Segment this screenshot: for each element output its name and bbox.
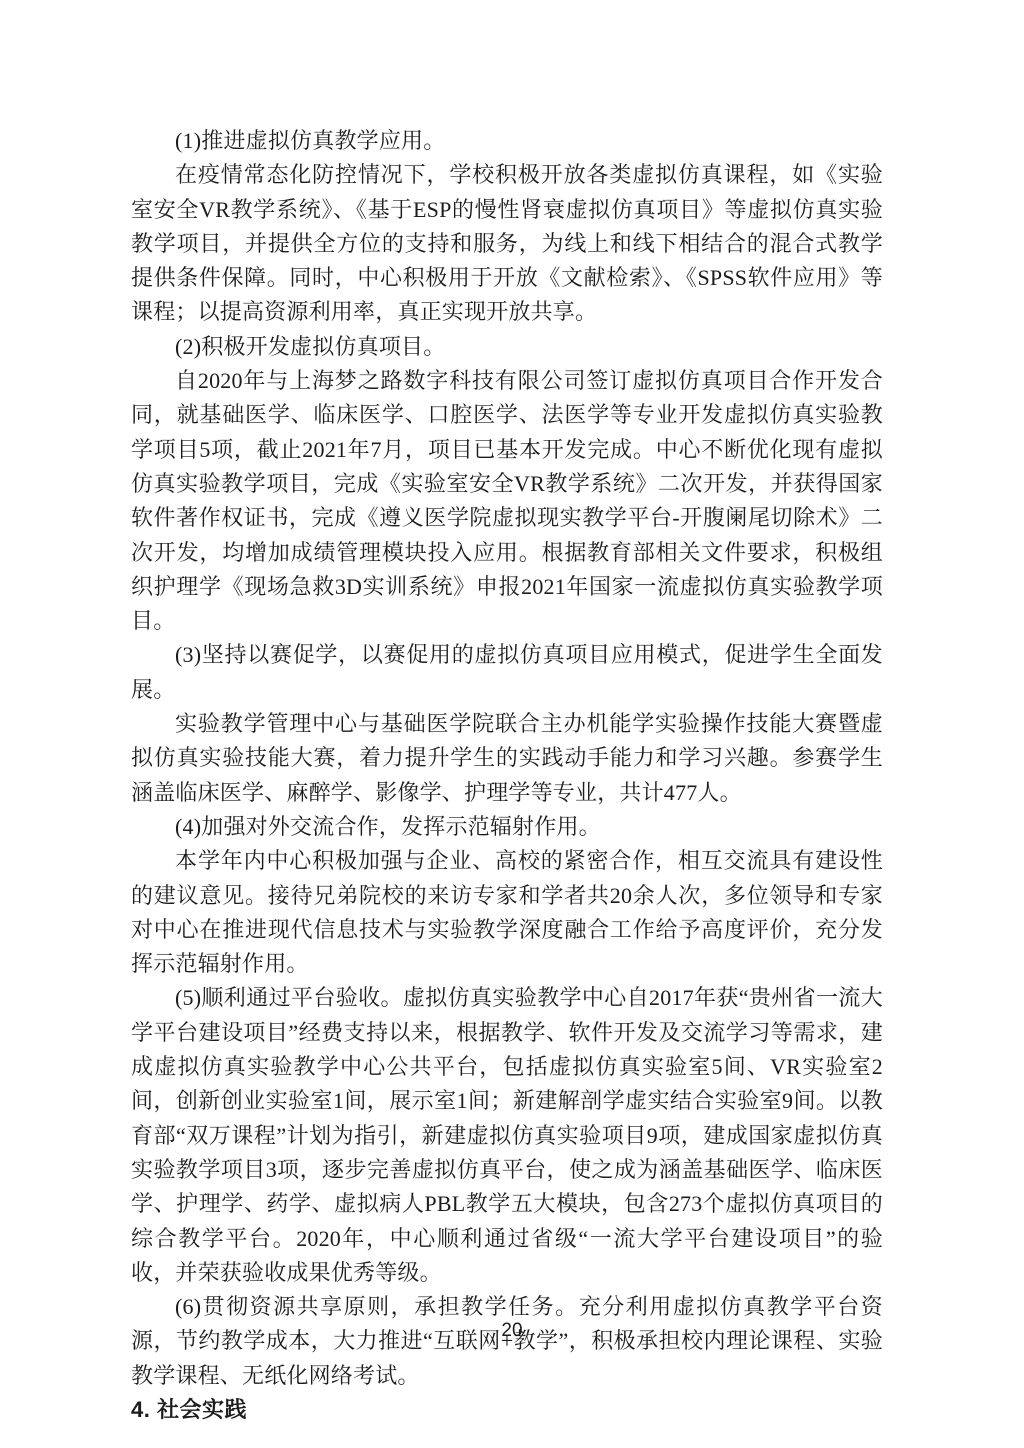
paragraph-item-4-body: 本学年内中心积极加强与企业、高校的紧密合作，相互交流具有建设性的建议意见。接待兄… (131, 844, 883, 981)
page-number: 20 (0, 1320, 1024, 1342)
paragraph-item-1-title: (1)推进虚拟仿真教学应用。 (131, 124, 883, 158)
document-page: (1)推进虚拟仿真教学应用。 在疫情常态化防控情况下，学校积极开放各类虚拟仿真课… (0, 0, 1024, 1448)
page-body-text: (1)推进虚拟仿真教学应用。 在疫情常态化防控情况下，学校积极开放各类虚拟仿真课… (131, 124, 883, 1427)
paragraph-item-1-body: 在疫情常态化防控情况下，学校积极开放各类虚拟仿真课程，如《实验室安全VR教学系统… (131, 158, 883, 329)
section-heading-social-practice: 4. 社会实践 (131, 1393, 883, 1427)
paragraph-item-4-title: (4)加强对外交流合作，发挥示范辐射作用。 (131, 810, 883, 844)
paragraph-item-2-title: (2)积极开发虚拟仿真项目。 (131, 330, 883, 364)
paragraph-item-5: (5)顺利通过平台验收。虚拟仿真实验教学中心自2017年获“贵州省一流大学平台建… (131, 981, 883, 1290)
paragraph-item-3-body: 实验教学管理中心与基础医学院联合主办机能学实验操作技能大赛暨虚拟仿真实验技能大赛… (131, 707, 883, 810)
paragraph-item-2-body: 自2020年与上海梦之路数字科技有限公司签订虚拟仿真项目合作开发合同，就基础医学… (131, 364, 883, 638)
paragraph-item-3-title: (3)坚持以赛促学，以赛促用的虚拟仿真项目应用模式，促进学生全面发展。 (131, 638, 883, 707)
